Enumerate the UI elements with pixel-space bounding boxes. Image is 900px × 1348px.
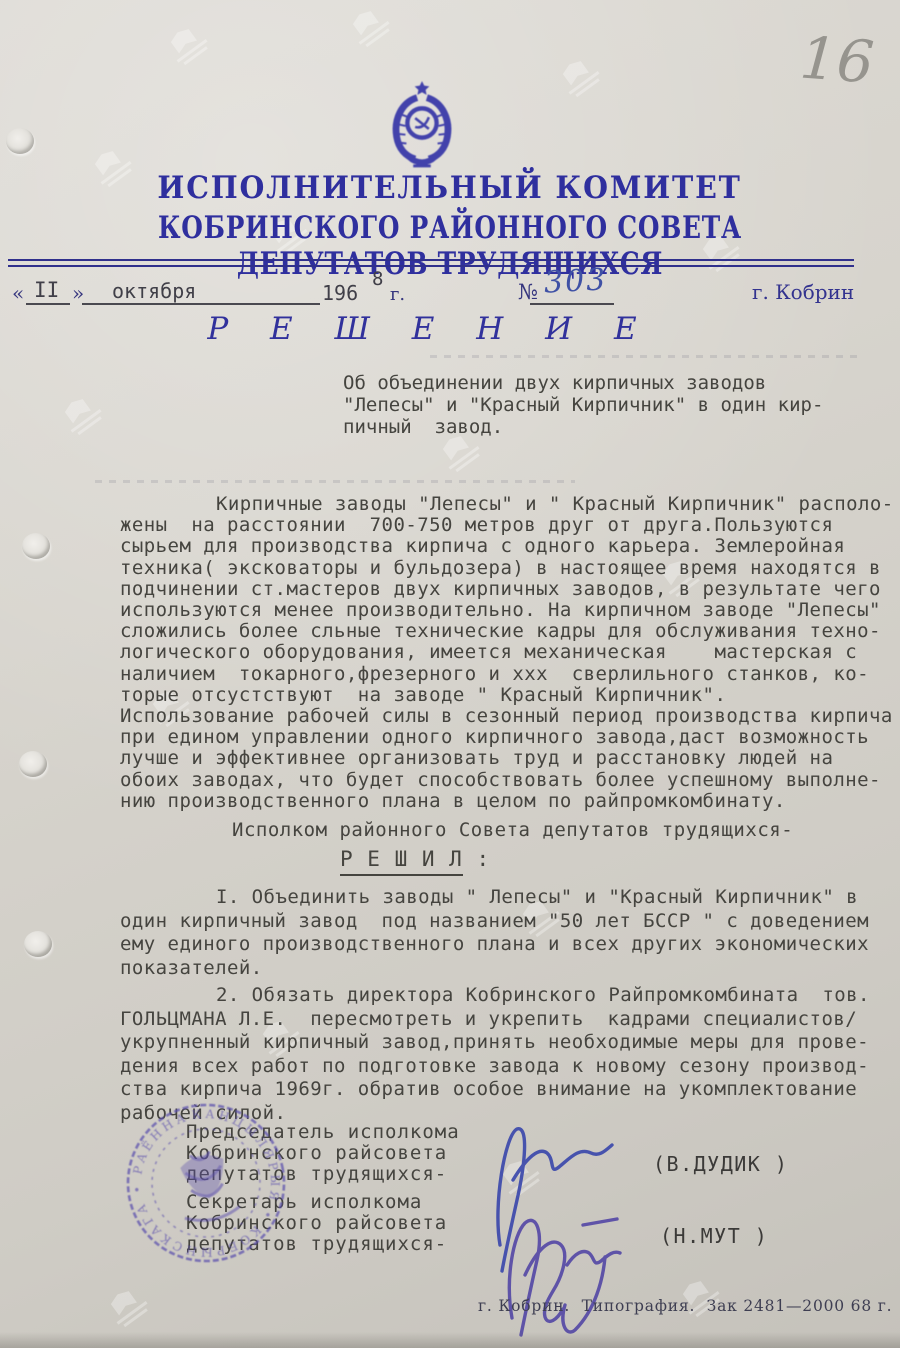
punch-hole [24,931,52,957]
archive-watermark-icon [100,1281,159,1339]
subject-line: Об объединении двух кирпичных заводов [343,372,823,394]
decided-colon: : [463,847,490,871]
body-paragraph: Кирпичные заводы "Лепесы" и " Красный Ки… [120,494,894,812]
body-line: торые отсустствуют на заводе " Красный К… [120,685,894,706]
header-rule-bottom [8,265,854,267]
resolution-intro: Исполком районного Совета депутатов труд… [232,819,793,841]
body-line: сырьем для производства кирпича с одного… [120,536,894,557]
item-line: I. Объединить заводы " Лепесы" и "Красны… [120,886,869,910]
decided-heading: Р Е Ш И Л : [340,847,490,871]
punch-hole [6,128,34,154]
quote-close: » [72,281,84,305]
archive-watermark-icon [54,389,113,447]
resolution-item-1: I. Объединить заводы " Лепесы" и "Красны… [120,886,869,980]
ink-bleed-line [95,480,575,483]
body-line: при едином управлении одного кирпичного … [120,727,894,748]
date-underline-day [26,303,70,305]
item-line: показателей. [120,957,869,981]
body-line: Использование рабочей силы в сезонный пе… [120,706,894,727]
date-month: октября [112,279,196,303]
year-printed: 196 [322,281,358,305]
document-title: Р Е Ш Е Н И Е [0,311,860,347]
subject-block: Об объединении двух кирпичных заводов "Л… [343,372,823,438]
document-number-handwritten: 303 [543,262,608,300]
body-line: жены на расстоянии 700-750 метров друг о… [120,515,894,536]
body-line: лучше и эффективнее организовать труд и … [120,748,894,769]
punch-hole [19,751,47,777]
body-line: сложились более сльные технические кадры… [120,621,894,642]
year-suffix: г. [390,284,405,305]
document-page: 16 ИСПОЛНИТЕЛЬНЫЙ КОМИТЕТ КОБРИНСКОГО РА… [0,0,900,1348]
secretary-signature-stroke [509,1220,539,1335]
archive-watermark-icon [342,1,401,59]
ink-bleed-line [430,355,860,358]
header-rule-top [8,259,854,261]
subject-line: "Лепесы" и "Красный Кирпичник" в один ки… [343,394,823,416]
number-sign: № [518,280,538,304]
body-line: логического оборудования, имеется механи… [120,642,894,663]
date-day: II [34,278,59,302]
body-line: обоих заводах, что будет способствовать … [120,770,894,791]
number-underline [530,303,614,305]
body-line: нию производственного плана в целом по р… [120,791,894,812]
folio-number: 16 [798,24,876,97]
decided-word: Р Е Ш И Л [340,847,463,876]
body-line: Кирпичные заводы "Лепесы" и " Красный Ки… [120,494,894,515]
quote-open: « [12,281,24,305]
subject-line: пичный завод. [343,416,823,438]
chairman-signature-stroke [498,1129,525,1271]
round-ink-stamp: КАНЦЫЛЯРЫЯ • КОБРЫНСКАГА • РАЁННАГА • [118,1095,294,1271]
archive-watermark-icon [552,51,611,109]
item-line: дения всех работ по подготовке завода к … [120,1055,870,1079]
org-title-line1: ИСПОЛНИТЕЛЬНЫЙ КОМИТЕТ [0,170,900,206]
item-line: ГОЛЬЦМАНА Л.Е. пересмотреть и укрепить к… [120,1008,870,1032]
body-line: подчинении ст.мастеров двух кирпичных за… [120,579,894,600]
punch-hole [22,533,50,559]
year-typed-digit: 8 [372,268,383,290]
body-line: техника( эксковаторы и бульдозера) в нас… [120,558,894,579]
item-line: укрупненный кирпичный завод,принять необ… [120,1031,870,1055]
bssr-coat-of-arms-emblem [383,78,461,168]
body-line: наличием токарного,фрезерного и ххх свер… [120,664,894,685]
body-line: используются менее производительно. На к… [120,600,894,621]
archive-watermark-icon [160,19,219,77]
date-underline-month [82,303,320,305]
typography-imprint: г. Кобрин. Типография. Зак 2481—2000 68 … [478,1297,892,1315]
item-line: один кирпичный завод под названием "50 л… [120,910,869,934]
item-line: 2. Обязать директора Кобринского Райпром… [120,984,870,1008]
item-line: ему единого производственного плана и вс… [120,933,869,957]
org-title-line2: КОБРИНСКОГО РАЙОННОГО СОВЕТА ДЕПУТАТОВ Т… [0,210,900,282]
place-label: г. Кобрин [752,280,854,304]
